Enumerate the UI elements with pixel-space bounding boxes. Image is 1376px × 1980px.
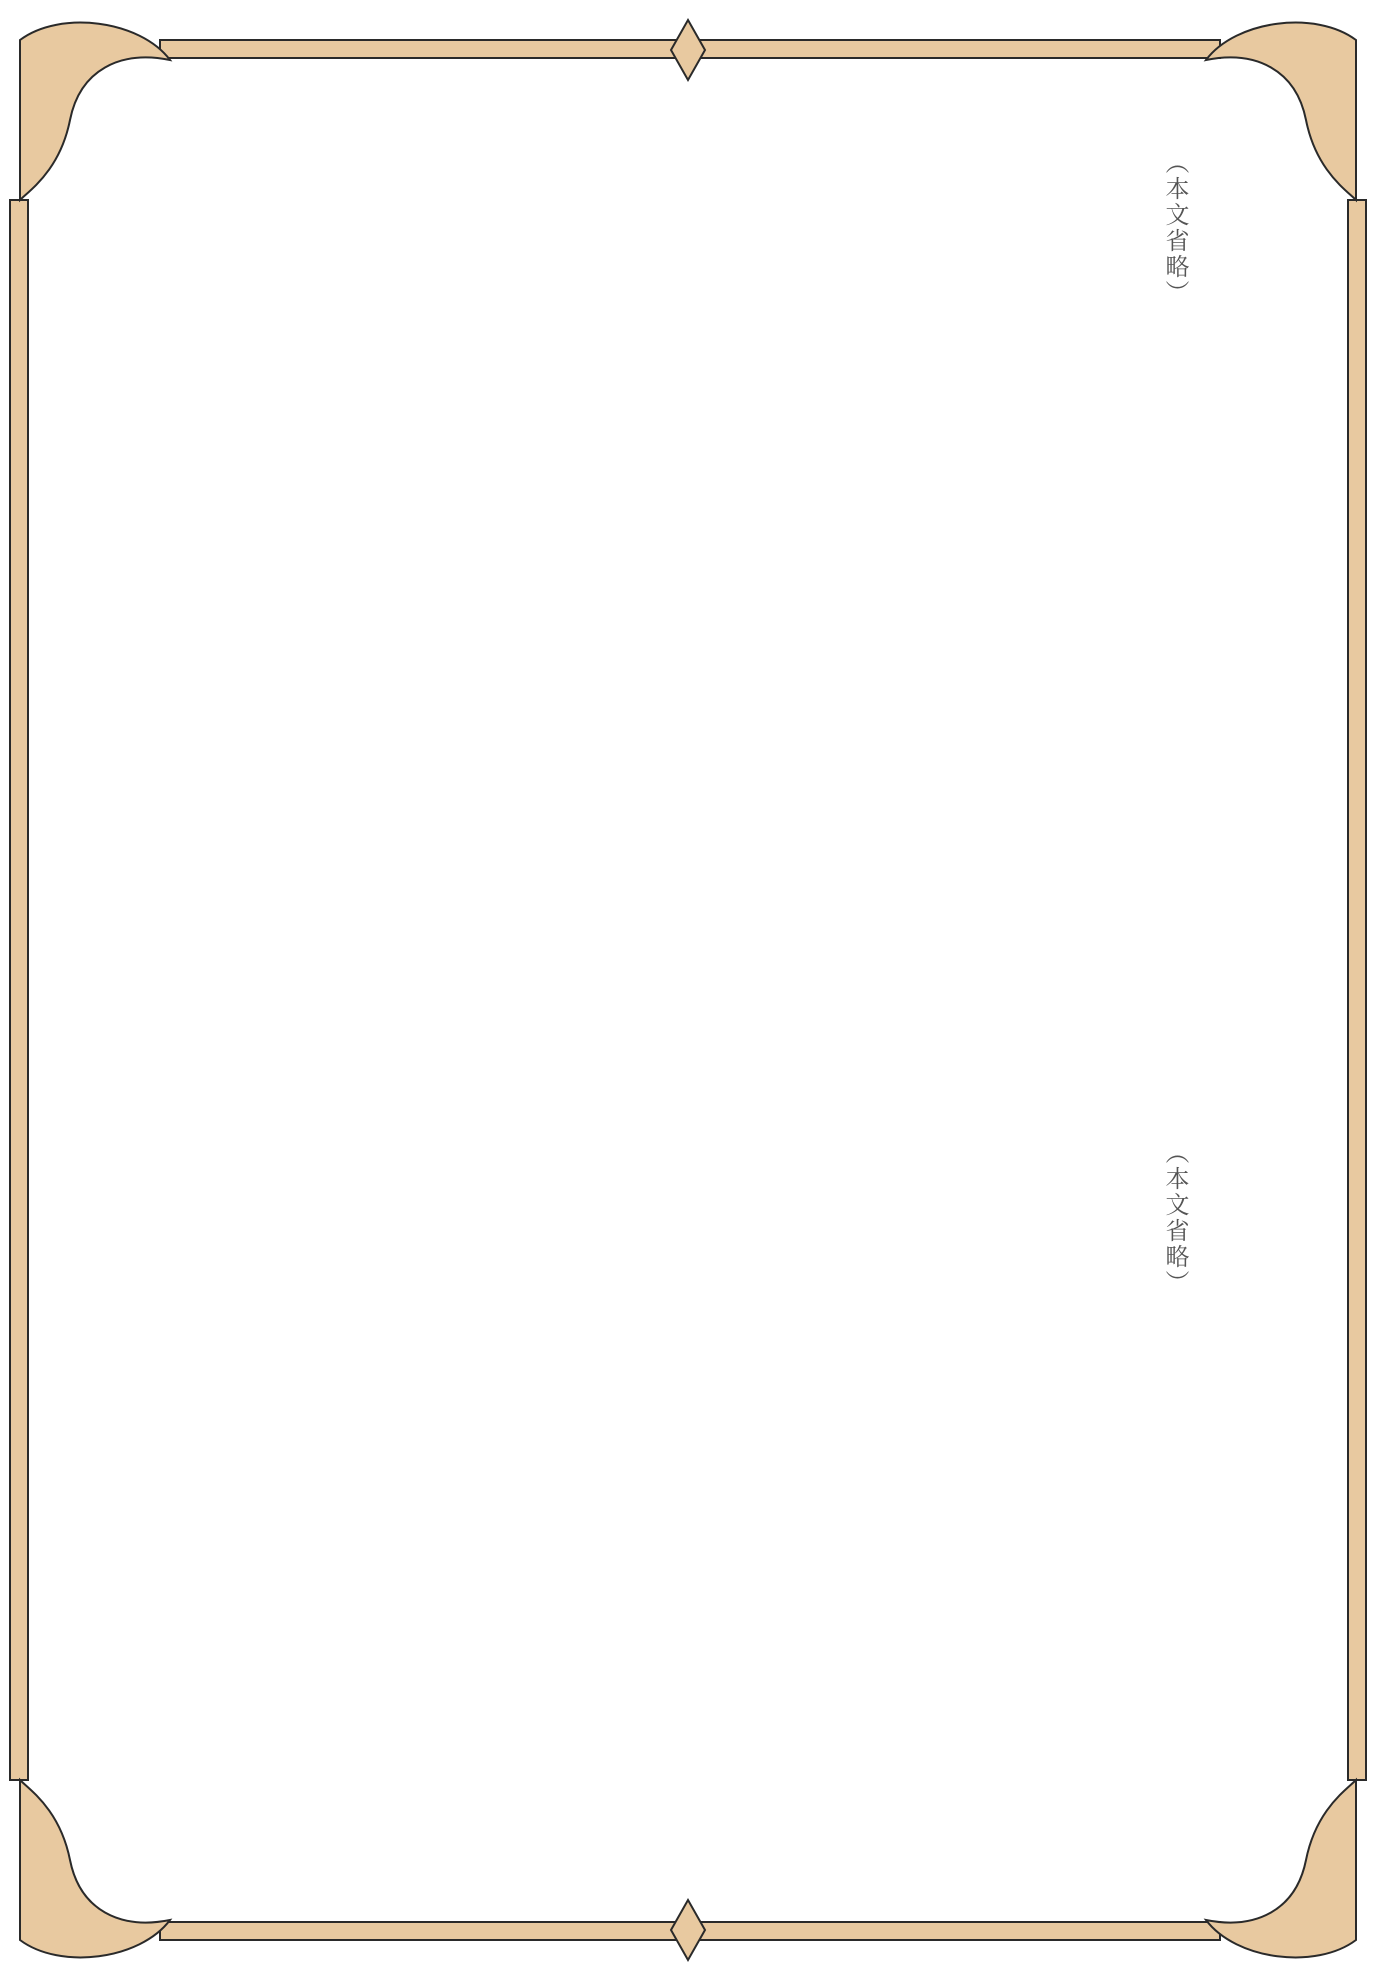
text-line: （本文省略）	[1154, 1140, 1196, 1840]
text-line: （本文省略）	[1154, 150, 1196, 950]
text-column-top: （本文省略）	[1154, 150, 1196, 950]
text-column-bottom: （本文省略）	[1154, 1140, 1196, 1840]
